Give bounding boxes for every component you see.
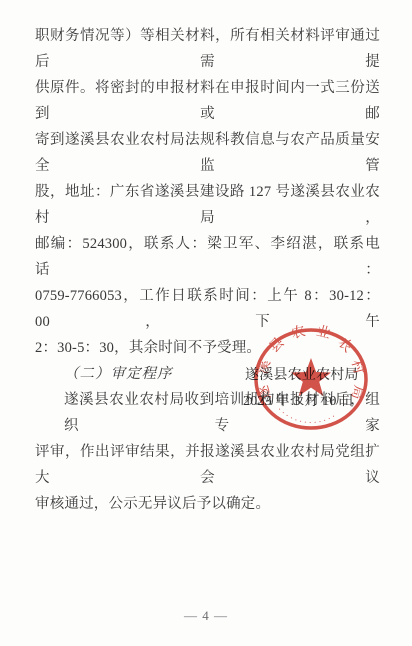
body-text-line: 邮编：524300，联系人：梁卫军、李绍湛，联系电话： [35,231,380,283]
document-page: 职财务情况等）等相关材料，所有相关材料评审通过后需提 供原件。将密封的申报材料在… [0,0,412,646]
body-text-line: 供原件。将密封的申报材料在申报时间内一式三份送到或邮 [35,75,380,127]
page-number: — 4 — [0,608,412,624]
body-text-line: 股，地址：广东省遂溪县建设路 127 号遂溪县农业农村局， [35,179,380,231]
official-seal: 遂溪县农业农村局 ••••••••••••• [247,321,375,437]
body-text-line: 评审，作出评审结果，并报遂溪县农业农村局党组扩大会议 [35,439,380,491]
seal-star-icon [291,358,331,396]
body-text-block: 职财务情况等）等相关材料，所有相关材料评审通过后需提 供原件。将密封的申报材料在… [35,23,380,517]
body-text-line: 寄到遂溪县农业农村局法规科教信息与农产品质量安全监管 [35,127,380,179]
body-text-line: 职财务情况等）等相关材料，所有相关材料评审通过后需提 [35,23,380,75]
body-text-line: 审核通过，公示无异议后予以确定。 [35,491,380,517]
